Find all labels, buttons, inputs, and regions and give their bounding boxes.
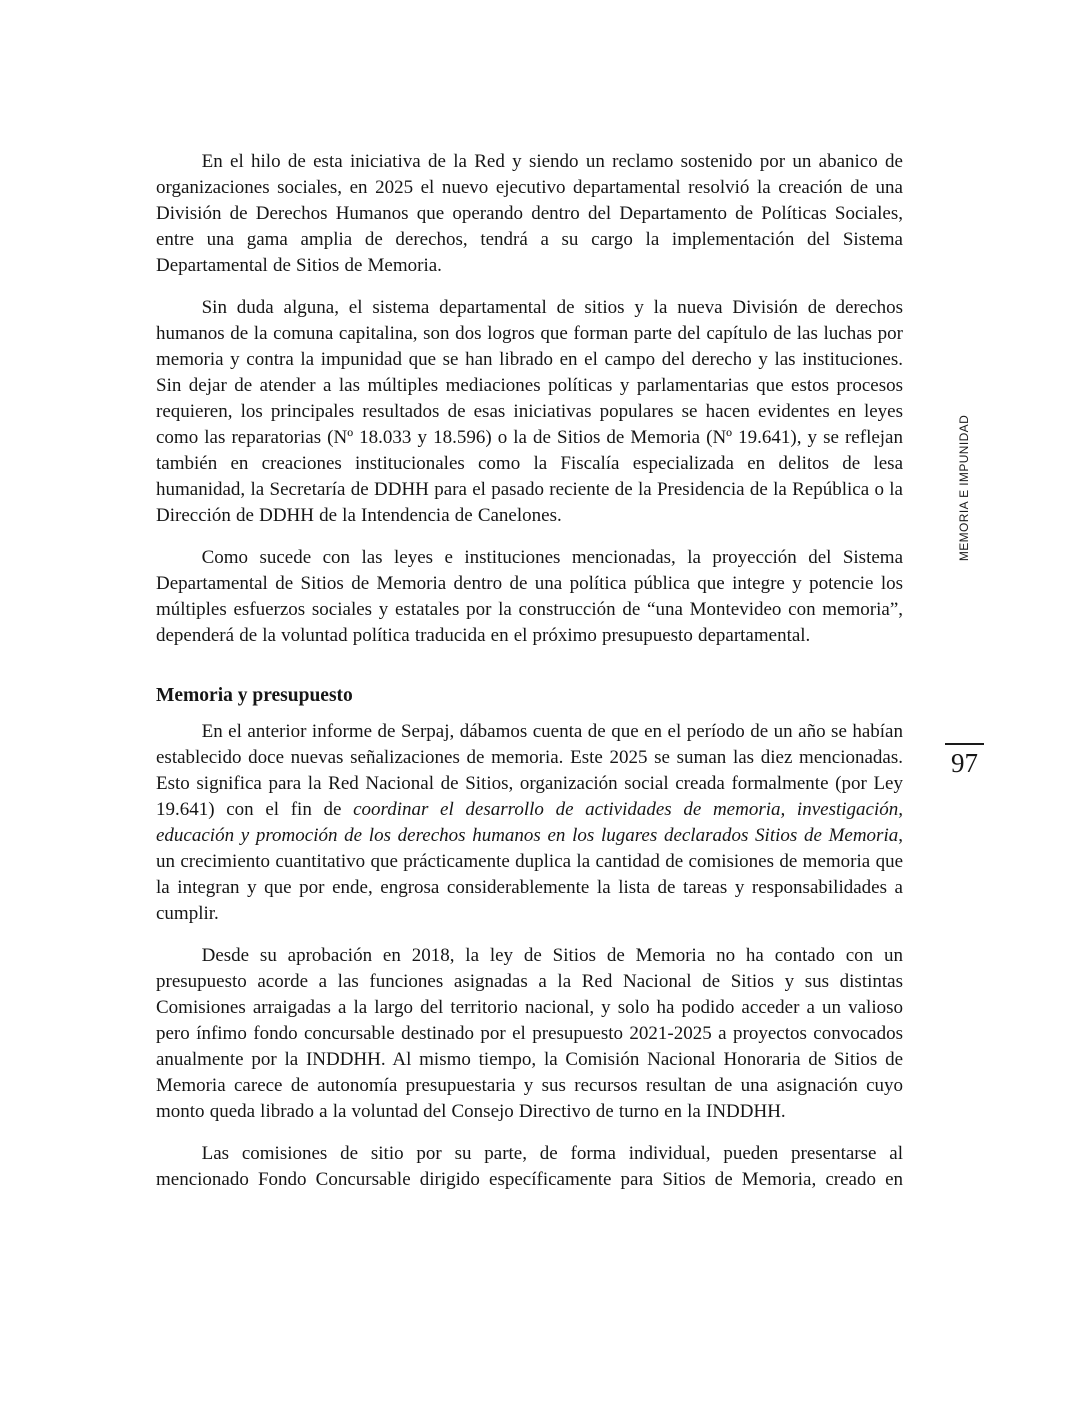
paragraph: Las comisiones de sitio por su parte, de…: [156, 1141, 903, 1193]
page-body: En el hilo de esta iniciativa de la Red …: [156, 149, 903, 1209]
running-head-vertical: MEMORIA E IMPUNIDAD: [957, 414, 973, 562]
page-number: 97: [945, 750, 984, 777]
paragraph: Sin duda alguna, el sistema departamenta…: [156, 295, 903, 529]
text-run: Sin duda alguna, el sistema departamenta…: [156, 297, 903, 526]
text-run: Desde su aprobación en 2018, la ley de S…: [156, 945, 903, 1122]
paragraph: En el hilo de esta iniciativa de la Red …: [156, 149, 903, 279]
text-run: En el hilo de esta iniciativa de la Red …: [156, 151, 903, 276]
paragraph: Como sucede con las leyes e institucione…: [156, 545, 903, 649]
paragraph: Desde su aprobación en 2018, la ley de S…: [156, 943, 903, 1125]
text-run: Las comisiones de sitio por su parte, de…: [156, 1143, 903, 1190]
text-run: Como sucede con las leyes e institucione…: [156, 547, 903, 646]
document-page: En el hilo de esta iniciativa de la Red …: [0, 0, 1069, 1409]
section-heading: Memoria y presupuesto: [156, 683, 903, 709]
paragraph: En el anterior informe de Serpaj, dábamo…: [156, 719, 903, 927]
page-number-block: 97: [945, 743, 984, 777]
page-number-rule: [945, 743, 984, 745]
